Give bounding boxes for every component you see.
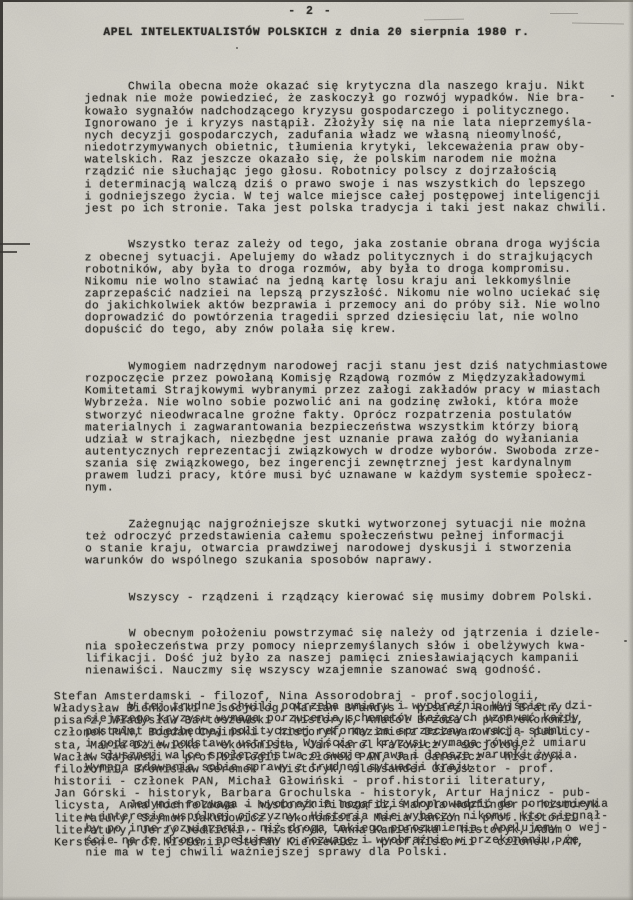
pencil-mark <box>424 19 464 21</box>
paragraph: W obecnym położeniu powstrzymać się nale… <box>85 628 613 677</box>
page-number: - 2 - <box>0 6 627 18</box>
document-title: APEL INTELEKTUALISTÓW POLSKICH z dnia 20… <box>0 27 633 39</box>
scan-edge-top <box>0 0 633 2</box>
paragraph: Wymogiem nadrzędnym narodowej racji stan… <box>85 361 613 495</box>
pencil-mark <box>572 23 624 25</box>
margin-artifact-dash <box>0 243 30 245</box>
paragraph: Wszyscy - rządzeni i rządzący kierować s… <box>85 592 613 605</box>
ink-speck <box>624 640 627 642</box>
scan-edge-bottom <box>0 896 633 900</box>
ink-speck <box>236 47 238 49</box>
scan-edge-right <box>628 0 633 900</box>
scanned-document-page: - 2 - APEL INTELEKTUALISTÓW POLSKICH z d… <box>0 0 633 900</box>
scan-edge-left <box>0 0 3 900</box>
paragraph: Wszystko teraz zależy od tego, jaka zost… <box>85 239 613 337</box>
paragraph: Chwila obecna może okazać się krytyczna … <box>84 81 612 215</box>
paragraph: Zażegnując najgroźniejsze skutki wytworz… <box>85 519 613 568</box>
signatories-list: Stefan Amsterdamski - filozof, Nina Asso… <box>54 691 626 850</box>
